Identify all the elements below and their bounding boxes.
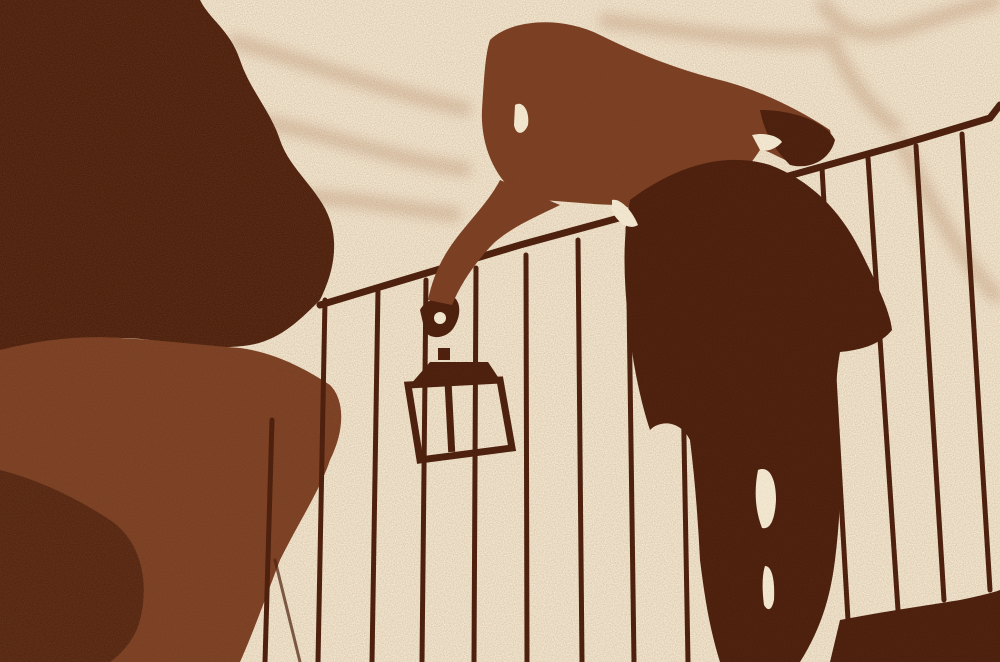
photo: Sepia-toned photograph of shadows cast o… <box>0 0 1000 662</box>
photo-canvas <box>0 0 1000 662</box>
